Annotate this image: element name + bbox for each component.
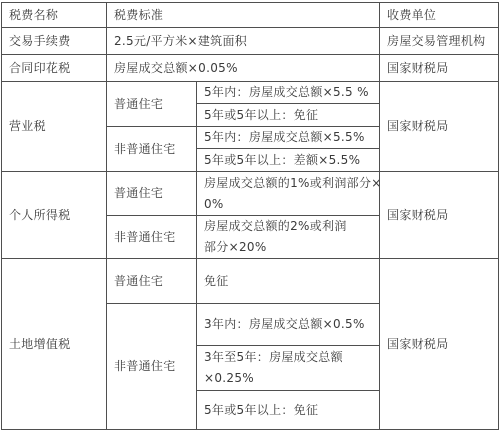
transaction-fee-standard: 2.5元/平方米×建筑面积 — [107, 28, 380, 55]
row-income-tax-1: 个人所得税 普通住宅 房屋成交总额的1%或利润部分×2 0% 国家财税局 — [2, 172, 499, 216]
land-tax-unit: 国家财税局 — [380, 259, 499, 430]
income-tax-non-ordinary-rule: 房屋成交总额的2%或利润 部分×20% — [197, 216, 380, 259]
land-tax-non-ordinary-rule-2: 3年至5年：房屋成交总额 ×0.25% — [197, 346, 380, 391]
business-tax-non-ordinary-label: 非普通住宅 — [107, 127, 197, 172]
row-business-tax-1: 营业税 普通住宅 5年内：房屋成交总额×5.5 % 国家财税局 — [2, 82, 499, 104]
business-tax-non-ordinary-rule-2: 5年或5年以上：差额×5.5% — [197, 149, 380, 172]
income-tax-name: 个人所得税 — [2, 172, 107, 259]
income-tax-ordinary-label: 普通住宅 — [107, 172, 197, 216]
transaction-fee-unit: 房屋交易管理机构 — [380, 28, 499, 55]
row-stamp-tax: 合同印花税 房屋成交总额×0.05% 国家财税局 — [2, 55, 499, 82]
income-tax-ordinary-rule: 房屋成交总额的1%或利润部分×2 0% — [197, 172, 380, 216]
transaction-fee-name: 交易手续费 — [2, 28, 107, 55]
business-tax-name: 营业税 — [2, 82, 107, 172]
land-tax-name: 土地增值税 — [2, 259, 107, 430]
stamp-tax-unit: 国家财税局 — [380, 55, 499, 82]
land-tax-ordinary-label: 普通住宅 — [107, 259, 197, 304]
business-tax-ordinary-rule-1: 5年内：房屋成交总额×5.5 % — [197, 82, 380, 104]
business-tax-non-ordinary-rule-1: 5年内：房屋成交总额×5.5% — [197, 127, 380, 149]
income-tax-non-ordinary-label: 非普通住宅 — [107, 216, 197, 259]
row-land-tax-1: 土地增值税 普通住宅 免征 国家财税局 — [2, 259, 499, 304]
header-cell-standard: 税费标准 — [107, 3, 380, 28]
tax-fee-table: 税费名称 税费标准 收费单位 交易手续费 2.5元/平方米×建筑面积 房屋交易管… — [1, 2, 499, 430]
stamp-tax-name: 合同印花税 — [2, 55, 107, 82]
business-tax-ordinary-label: 普通住宅 — [107, 82, 197, 127]
land-tax-non-ordinary-rule-3: 5年或5年以上：免征 — [197, 391, 380, 430]
land-tax-ordinary-rule: 免征 — [197, 259, 380, 304]
header-cell-tax-name: 税费名称 — [2, 3, 107, 28]
income-tax-unit: 国家财税局 — [380, 172, 499, 259]
land-tax-non-ordinary-label: 非普通住宅 — [107, 304, 197, 430]
business-tax-unit: 国家财税局 — [380, 82, 499, 172]
header-cell-unit: 收费单位 — [380, 3, 499, 28]
stamp-tax-standard: 房屋成交总额×0.05% — [107, 55, 380, 82]
land-tax-non-ordinary-rule-1: 3年内：房屋成交总额×0.5% — [197, 304, 380, 346]
business-tax-ordinary-rule-2: 5年或5年以上：免征 — [197, 104, 380, 127]
table-header-row: 税费名称 税费标准 收费单位 — [2, 3, 499, 28]
row-transaction-fee: 交易手续费 2.5元/平方米×建筑面积 房屋交易管理机构 — [2, 28, 499, 55]
